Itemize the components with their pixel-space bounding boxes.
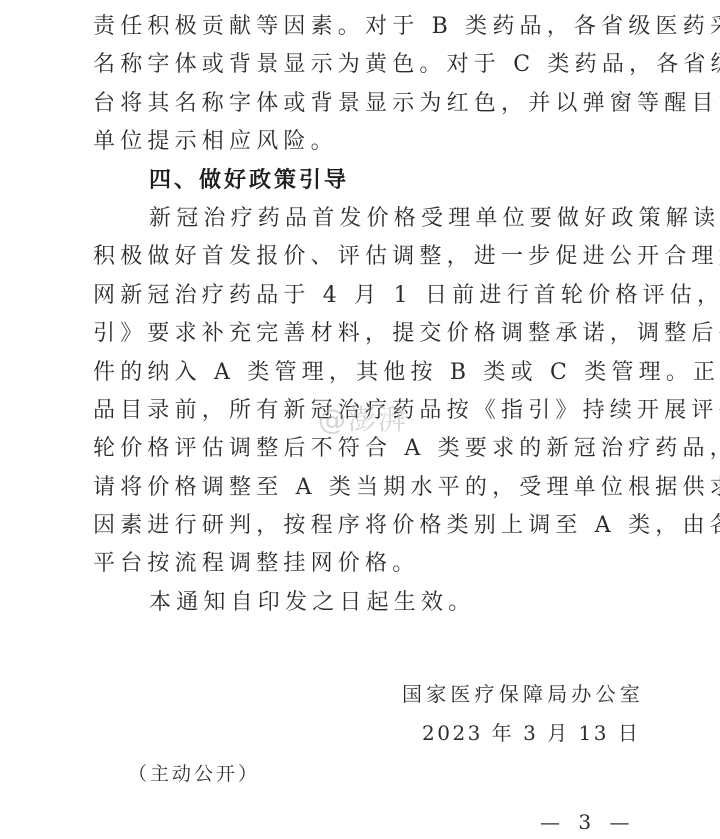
paragraph-line: 积极做好首发报价、评估调整，进一步促进公开合理定价。已挂: [93, 238, 633, 276]
paragraph-line: 名称字体或背景显示为黄色。对于 C 类药品，各省级医药采购平: [93, 46, 633, 84]
paragraph-line: 台将其名称字体或背景显示为红色，并以弹窗等醒目方式向采购: [93, 85, 633, 123]
watermark: @澎湃: [318, 398, 408, 438]
paragraph-line: 新冠治疗药品首发价格受理单位要做好政策解读，引导企业: [93, 200, 633, 238]
page-number: — 3 —: [540, 810, 635, 834]
document-body: 责任积极贡献等因素。对于 B 类药品，各省级医药采购平台将其 名称字体或背景显示…: [93, 8, 633, 622]
effective-statement: 本通知自印发之日起生效。: [93, 584, 633, 622]
paragraph-line: 引》要求补充完善材料，提交价格调整承诺，调整后价格符合条: [93, 315, 633, 353]
disclosure-note: （主动公开）: [128, 759, 260, 786]
paragraph-line: 请将价格调整至 A 类当期水平的，受理单位根据供求形势变化等: [93, 469, 633, 507]
document-page: 责任积极贡献等因素。对于 B 类药品，各省级医药采购平台将其 名称字体或背景显示…: [0, 0, 720, 839]
paragraph-line: 件的纳入 A 类管理，其他按 B 类或 C 类管理。正式纳入医保药: [93, 354, 633, 392]
issue-date: 2023 年 3 月 13 日: [422, 717, 640, 746]
issuing-office-signature: 国家医疗保障局办公室: [402, 678, 644, 707]
paragraph-line: 平台按流程调整挂网价格。: [93, 545, 633, 583]
paragraph-line: 责任积极贡献等因素。对于 B 类药品，各省级医药采购平台将其: [93, 8, 633, 46]
paragraph-line: 因素进行研判，按程序将价格类别上调至 A 类，由各省医药采购: [93, 507, 633, 545]
paragraph-line: 单位提示相应风险。: [93, 123, 633, 161]
paragraph-line: 网新冠治疗药品于 4 月 1 日前进行首轮价格评估，企业按《指: [93, 277, 633, 315]
section-heading: 四、做好政策引导: [93, 162, 633, 200]
